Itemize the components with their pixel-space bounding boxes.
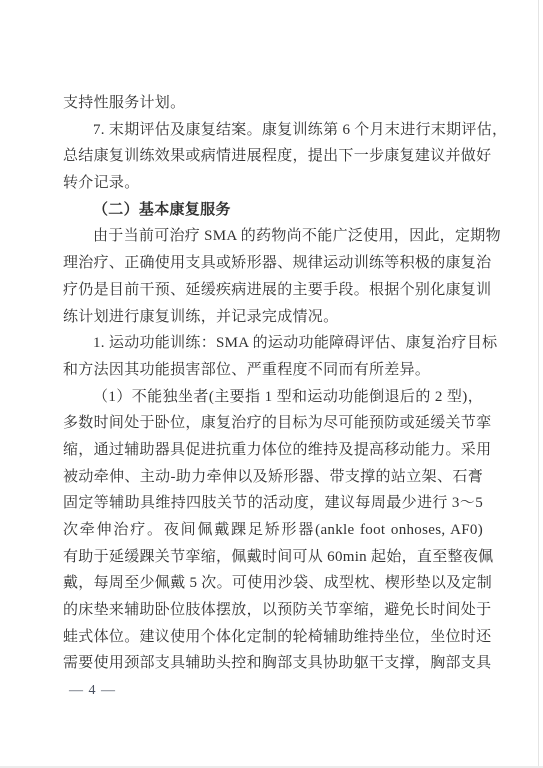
text-line: 固定等辅助具维持四肢关节的活动度，建议每周最少进行 3～5	[63, 490, 483, 517]
text-line: 疗仍是目前干预、延缓疾病进展的主要手段。根据个别化康复训	[63, 277, 483, 304]
page-number: — 4 —	[69, 683, 116, 699]
text-line: 转介记录。	[63, 170, 483, 197]
text-line: 缩，通过辅助器具促进抗重力体位的维持及提高移动能力。采用	[63, 437, 483, 464]
text-line: 的床垫来辅助卧位肢体摆放，以预防关节挛缩，避免长时间处于	[63, 597, 483, 624]
document-lines: 支持性服务计划。7. 末期评估及康复结案。康复训练第 6 个月末进行末期评估，总…	[63, 90, 483, 677]
text-line: 由于当前可治疗 SMA 的药物尚不能广泛使用，因此，定期物	[63, 223, 483, 250]
scan-edge-right	[538, 0, 539, 768]
text-line: 被动牵伸、主动-助力牵伸以及矫形器、带支撑的站立架、石膏	[63, 464, 483, 491]
text-line: （1）不能独坐者(主要指 1 型和运动功能倒退后的 2 型)，	[63, 384, 483, 411]
text-line: 和方法因其功能损害部位、严重程度不同而有所差异。	[63, 357, 483, 384]
text-line: 多数时间处于卧位，康复治疗的目标为尽可能预防或延缓关节挛	[63, 410, 483, 437]
document-page: 支持性服务计划。7. 末期评估及康复结案。康复训练第 6 个月末进行末期评估，总…	[0, 0, 543, 768]
text-line: 有助于延缓踝关节挛缩，佩戴时间可从 60min 起始，直至整夜佩	[63, 544, 483, 571]
text-line: 7. 末期评估及康复结案。康复训练第 6 个月末进行末期评估，	[63, 117, 483, 144]
text-line: 1. 运动功能训练：SMA 的运动功能障碍评估、康复治疗目标	[63, 330, 483, 357]
text-line: 练计划进行康复训练，并记录完成情况。	[63, 304, 483, 331]
text-line: 需要使用颈部支具辅助头控和胸部支具协助躯干支撑，胸部支具	[63, 650, 483, 677]
text-line: 戴，每周至少佩戴 5 次。可使用沙袋、成型枕、楔形垫以及定制	[63, 570, 483, 597]
text-line: 次牵伸治疗。夜间佩戴踝足矫形器(ankle foot onhoses, AF0)	[63, 517, 483, 544]
text-line: 理治疗、正确使用支具或矫形器、规律运动训练等积极的康复治	[63, 250, 483, 277]
text-line: 总结康复训练效果或病情进展程度，提出下一步康复建议并做好	[63, 143, 483, 170]
text-line: 蛙式体位。建议使用个体化定制的轮椅辅助维持坐位，坐位时还	[63, 624, 483, 651]
text-line: 支持性服务计划。	[63, 90, 483, 117]
text-line: （二）基本康复服务	[63, 197, 483, 224]
